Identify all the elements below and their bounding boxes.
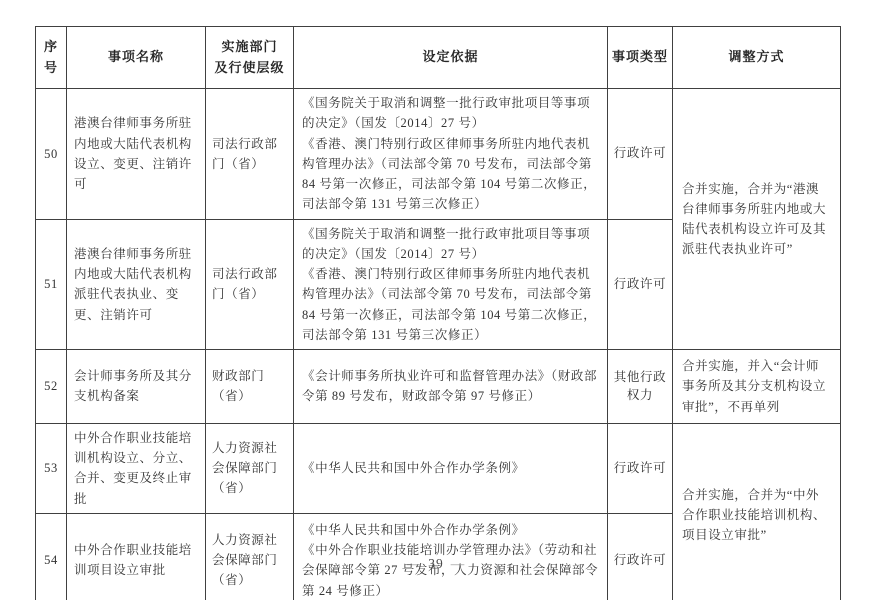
table-row-50: 50 港澳台律师事务所驻内地或大陆代表机构设立、变更、注销许可 司法行政部门（省…: [36, 89, 841, 220]
approval-items-table: 序号 事项名称 实施部门 及行使层级 设定依据 事项类型 调整方式 50 港澳台…: [35, 26, 841, 600]
page-number: —39—: [0, 556, 872, 572]
page-number-dash-left: —: [400, 556, 429, 571]
cell-basis-52: 《会计师事务所执业许可和监督管理办法》（财政部令第 89 号发布，财政部令第 9…: [294, 350, 608, 424]
cell-basis-51: 《国务院关于取消和调整一批行政审批项目等事项的决定》（国发〔2014〕27 号）…: [294, 219, 608, 350]
cell-name-50: 港澳台律师事务所驻内地或大陆代表机构设立、变更、注销许可: [67, 89, 206, 220]
cell-basis-50: 《国务院关于取消和调整一批行政审批项目等事项的决定》（国发〔2014〕27 号）…: [294, 89, 608, 220]
cell-department-53: 人力资源社会保障部门（省）: [206, 423, 294, 513]
document-page: 序号 事项名称 实施部门 及行使层级 设定依据 事项类型 调整方式 50 港澳台…: [0, 0, 872, 600]
header-department-line2: 及行使层级: [214, 60, 284, 75]
page-number-value: 39: [428, 556, 444, 571]
basis-entry: 《中华人民共和国中外合作办学条例》: [302, 520, 599, 540]
basis-entry: 《国务院关于取消和调整一批行政审批项目等事项的决定》（国发〔2014〕27 号）: [302, 93, 599, 134]
header-item-name: 事项名称: [67, 27, 206, 89]
cell-department-51: 司法行政部门（省）: [206, 219, 294, 350]
basis-entry: 《香港、澳门特别行政区律师事务所驻内地代表机构管理办法》（司法部令第 70 号发…: [302, 134, 599, 215]
cell-name-53: 中外合作职业技能培训机构设立、分立、合并、变更及终止审批: [67, 423, 206, 513]
page-number-dash-right: —: [444, 556, 473, 571]
cell-serial-50: 50: [36, 89, 67, 220]
cell-type-52: 其他行政权力: [608, 350, 673, 424]
header-setting-basis: 设定依据: [294, 27, 608, 89]
basis-entry: 《中华人民共和国中外合作办学条例》: [302, 458, 599, 478]
cell-department-52: 财政部门（省）: [206, 350, 294, 424]
cell-name-52: 会计师事务所及其分支机构备案: [67, 350, 206, 424]
cell-type-53: 行政许可: [608, 423, 673, 513]
cell-basis-53: 《中华人民共和国中外合作办学条例》: [294, 423, 608, 513]
cell-serial-53: 53: [36, 423, 67, 513]
header-department-level: 实施部门 及行使层级: [206, 27, 294, 89]
cell-type-50: 行政许可: [608, 89, 673, 220]
cell-adjustment-53-54: 合并实施，合并为“中外合作职业技能培训机构、项目设立审批”: [673, 423, 841, 600]
table-row-52: 52 会计师事务所及其分支机构备案 财政部门（省） 《会计师事务所执业许可和监督…: [36, 350, 841, 424]
cell-adjustment-52: 合并实施，并入“会计师事务所及其分支机构设立审批”，不再单列: [673, 350, 841, 424]
header-adjustment-method: 调整方式: [673, 27, 841, 89]
header-item-type: 事项类型: [608, 27, 673, 89]
cell-serial-52: 52: [36, 350, 67, 424]
cell-adjustment-50-51: 合并实施，合并为“港澳台律师事务所驻内地或大陆代表机构设立许可及其派驻代表执业许…: [673, 89, 841, 350]
cell-type-51: 行政许可: [608, 219, 673, 350]
cell-name-51: 港澳台律师事务所驻内地或大陆代表机构派驻代表执业、变更、注销许可: [67, 219, 206, 350]
cell-department-50: 司法行政部门（省）: [206, 89, 294, 220]
cell-serial-51: 51: [36, 219, 67, 350]
header-department-line1: 实施部门: [221, 39, 277, 54]
table-header-row: 序号 事项名称 实施部门 及行使层级 设定依据 事项类型 调整方式: [36, 27, 841, 89]
table-row-53: 53 中外合作职业技能培训机构设立、分立、合并、变更及终止审批 人力资源社会保障…: [36, 423, 841, 513]
basis-entry: 《香港、澳门特别行政区律师事务所驻内地代表机构管理办法》（司法部令第 70 号发…: [302, 264, 599, 345]
basis-entry: 《国务院关于取消和调整一批行政审批项目等事项的决定》（国发〔2014〕27 号）: [302, 224, 599, 265]
header-serial-number: 序号: [36, 27, 67, 89]
basis-entry: 《会计师事务所执业许可和监督管理办法》（财政部令第 89 号发布，财政部令第 9…: [302, 366, 599, 407]
